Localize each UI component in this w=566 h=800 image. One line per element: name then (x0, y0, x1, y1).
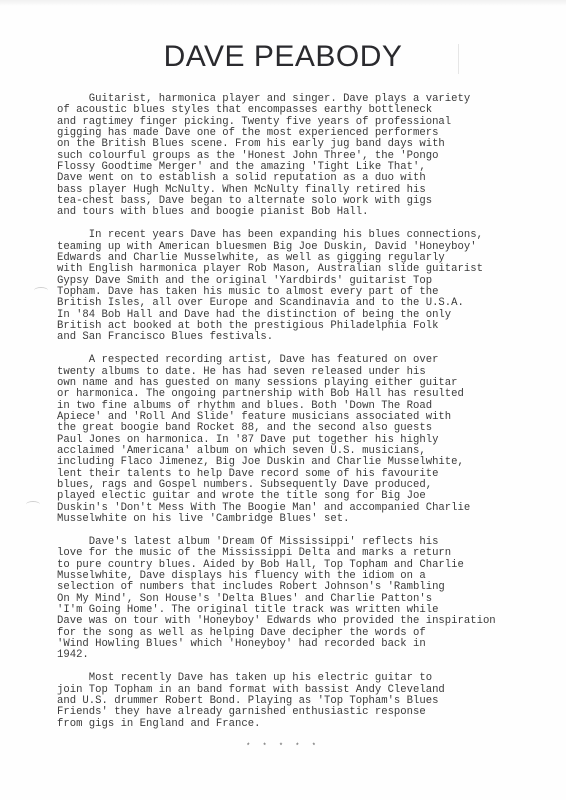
text-line: the great boogie band Rocket 88, and the… (57, 423, 557, 434)
page-title: DAVE PEABODY (0, 40, 566, 74)
paragraph-connections: In recent years Dave has been expanding … (57, 230, 557, 343)
text-line: Dave was on tour with 'Honeyboy' Edwards… (57, 616, 557, 627)
text-line: played electic guitar and wrote the titl… (57, 491, 557, 502)
text-line: British Isles, all over Europe and Scand… (57, 298, 557, 309)
paragraph-recordings: A respected recording artist, Dave has f… (57, 355, 557, 525)
text-line: of acoustic blues styles that encompasse… (57, 105, 557, 116)
hole-punch-mark (34, 287, 48, 294)
hole-punch-mark (26, 501, 40, 508)
paste-edge-line (458, 44, 459, 74)
text-line: In recent years Dave has been expanding … (57, 230, 557, 241)
text-line: Most recently Dave has taken up his elec… (57, 673, 557, 684)
text-line: from gigs in England and France. (57, 719, 557, 730)
text-line: A respected recording artist, Dave has f… (57, 355, 557, 366)
text-line: 1942. (57, 650, 557, 661)
paragraph-recent-band: Most recently Dave has taken up his elec… (57, 673, 557, 730)
paragraph-latest-album: Dave's latest album 'Dream Of Mississipp… (57, 537, 557, 662)
text-line: love for the music of the Mississippi De… (57, 548, 557, 559)
text-line: with English harmonica player Rob Mason,… (57, 264, 557, 275)
text-line: and tours with blues and boogie pianist … (57, 207, 557, 218)
text-line: selection of numbers that includes Rober… (57, 582, 557, 593)
text-line: 'Wind Howling Blues' which 'Honeyboy' ha… (57, 639, 557, 650)
text-line: and San Francisco Blues festivals. (57, 332, 557, 343)
paragraph-intro: Guitarist, harmonica player and singer. … (57, 94, 557, 219)
text-line: Friends' they have already garnished ent… (57, 707, 557, 718)
scan-edge-shadow (0, 0, 566, 6)
end-marker: * * * * * (0, 743, 566, 751)
text-line: Musselwhite on his live 'Cambridge Blues… (57, 514, 557, 525)
biography-body: Guitarist, harmonica player and singer. … (57, 94, 557, 741)
text-line: or harmonica. The ongoing partnership wi… (57, 389, 557, 400)
text-line: including Flaco Jimenez, Big Joe Duskin … (57, 457, 557, 468)
